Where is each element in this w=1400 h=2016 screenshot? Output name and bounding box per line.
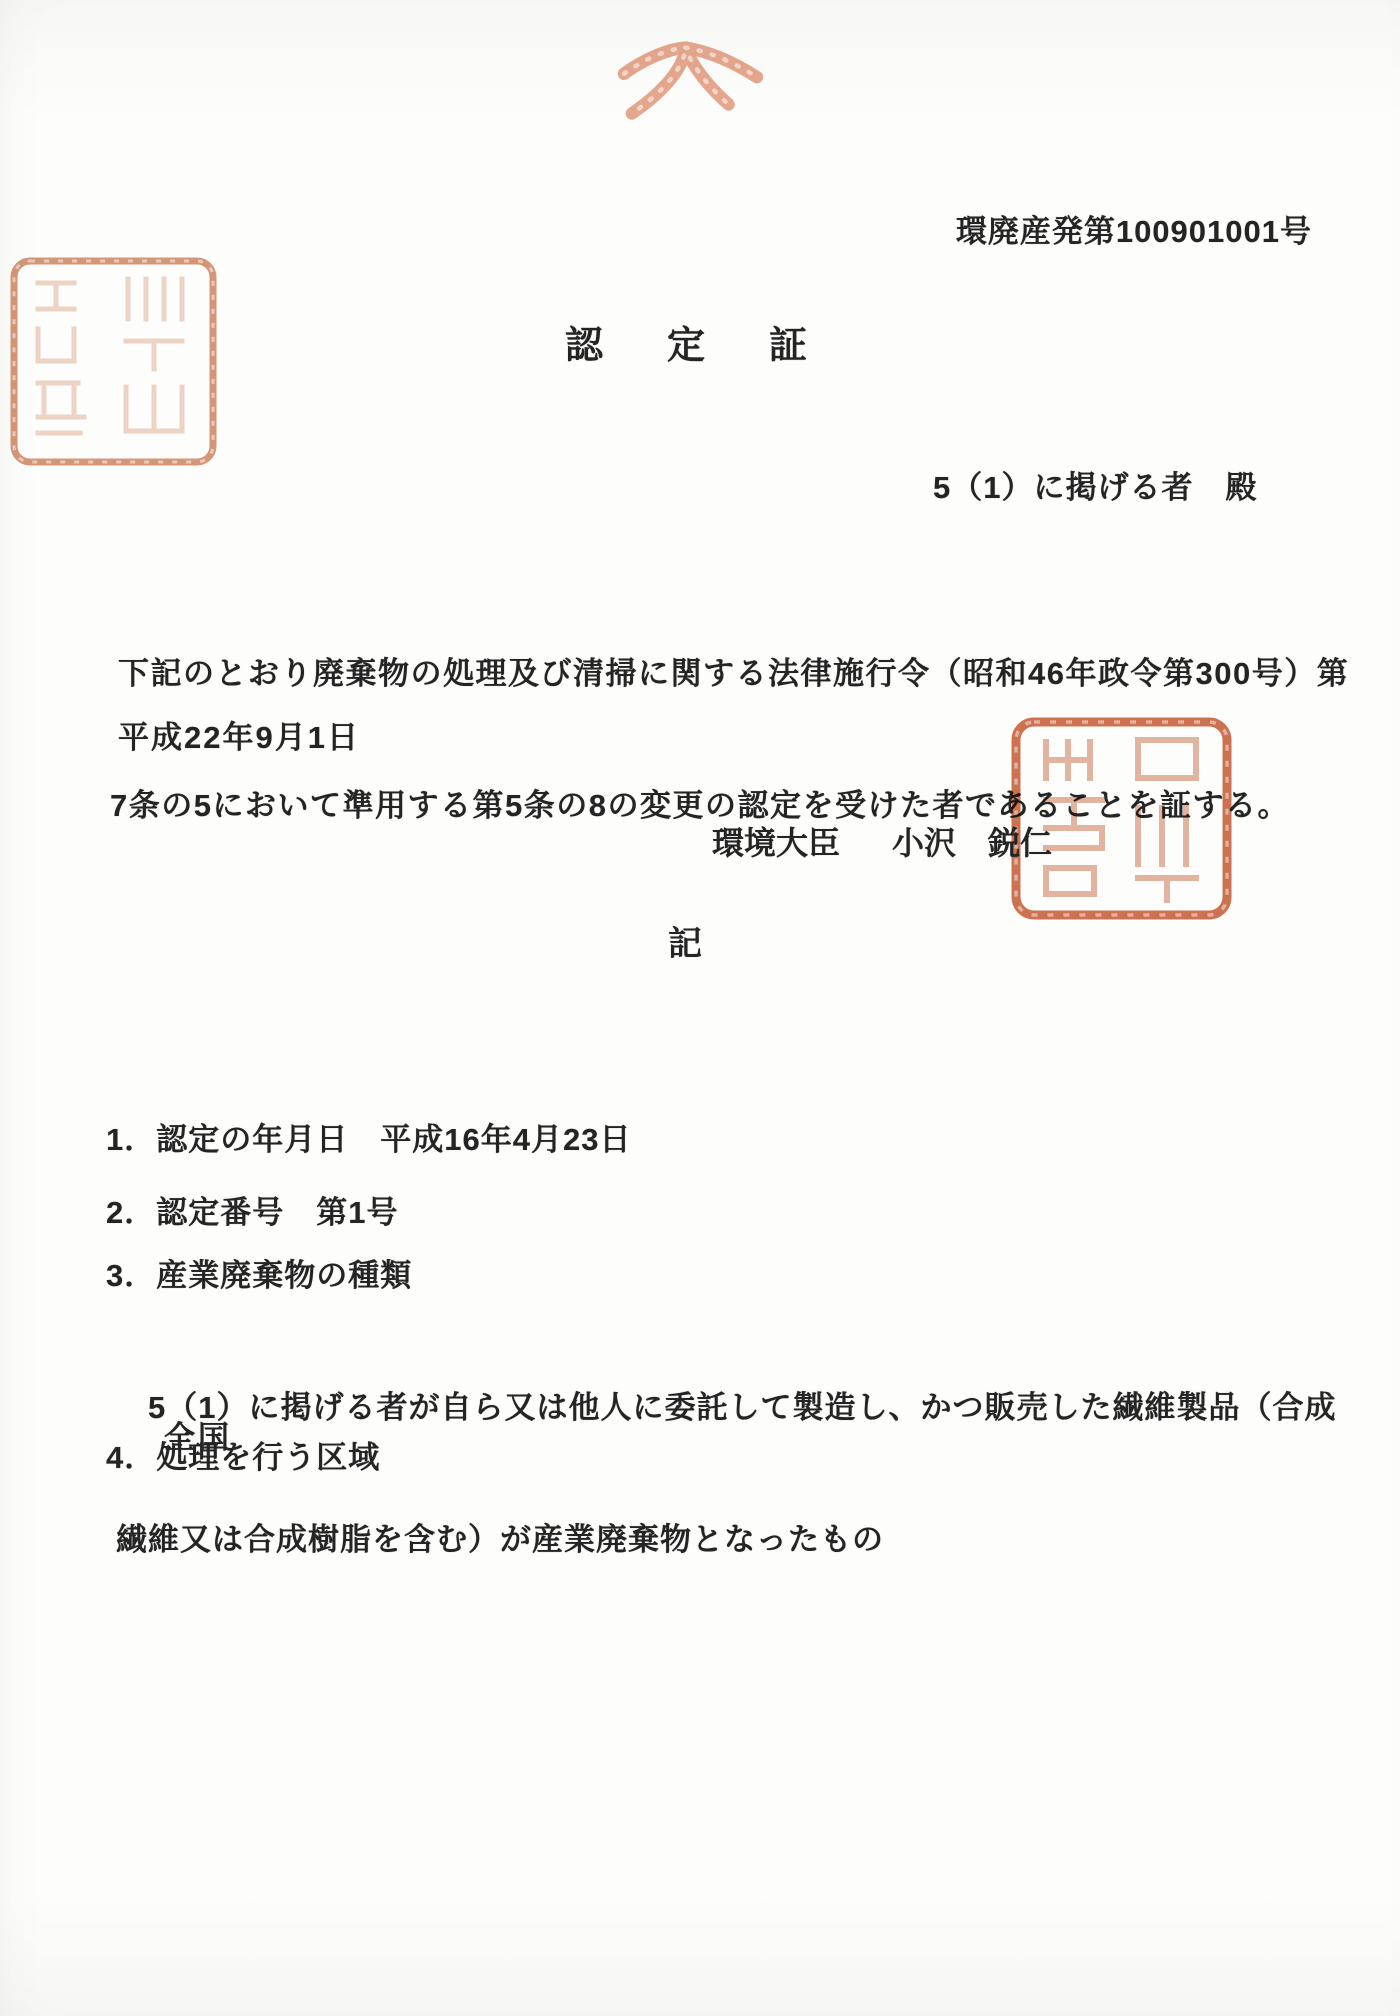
- issue-date: 平成22年9月1日: [118, 712, 360, 757]
- list-item-region: 4．処理を行う区域: [106, 1348, 380, 1568]
- section-marker: 記: [668, 916, 702, 965]
- signer-line: 環境大臣 小沢 鋭仁: [712, 818, 1052, 864]
- body-line: 下記のとおり廃棄物の処理及び清掃に関する法律施行令（昭和46年政令第300号）第: [110, 652, 1380, 696]
- addressee-line: 5（1）に掲げる者 殿: [933, 462, 1257, 507]
- red-ink-mark-stamp: [616, 26, 766, 126]
- official-seal-left: [8, 255, 220, 469]
- certificate-document: 環廃産発第100901001号 認定証 5（1）に掲げる者 殿 下記のとおり廃棄…: [0, 0, 1400, 2016]
- item-line: 3．産業廃棄物の種類: [106, 1254, 1336, 1298]
- document-number: 環廃産発第100901001号: [956, 206, 1312, 251]
- region-value: 全国: [164, 1412, 232, 1457]
- item-line: 4．処理を行う区域: [106, 1436, 380, 1480]
- signer-name: 小沢 鋭仁: [892, 818, 1052, 864]
- certificate-title: 認定証: [565, 314, 871, 369]
- signer-title: 環境大臣: [712, 818, 840, 864]
